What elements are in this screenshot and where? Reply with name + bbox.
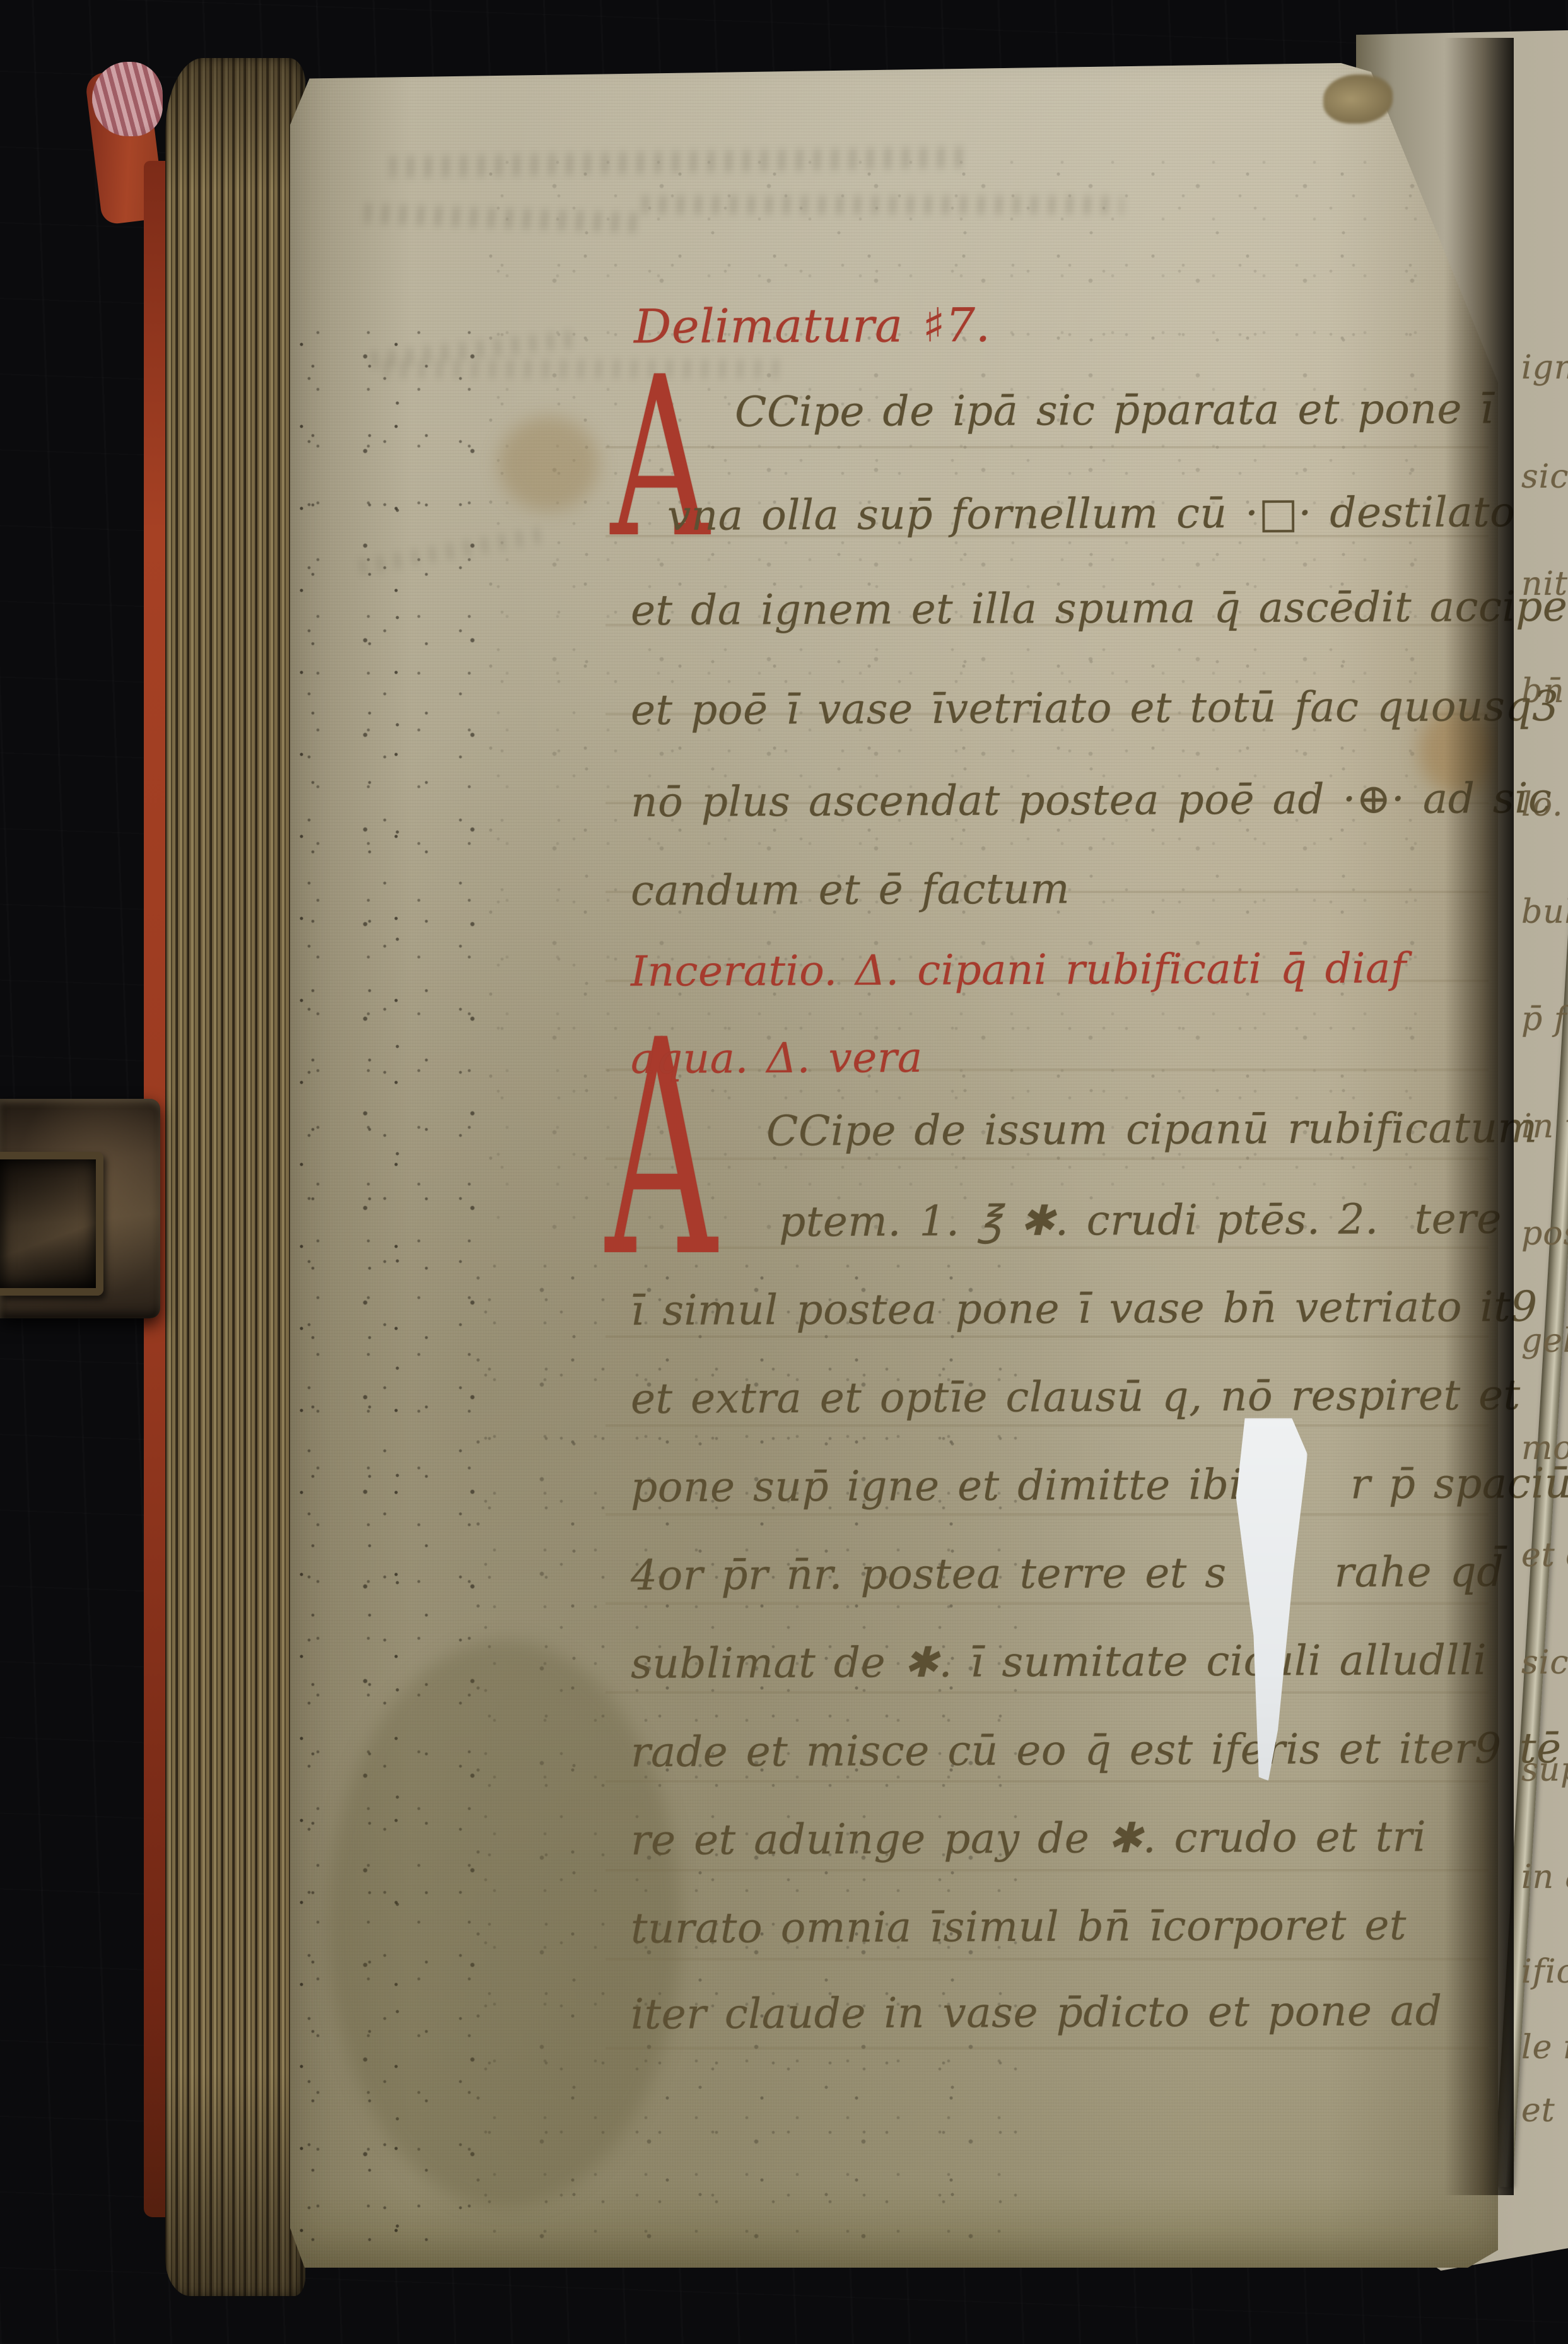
photo-black-backdrop: { "document": { "kind": "medieval manusc…	[0, 0, 1568, 2344]
text-line: et poē ī vase īvetriato et totū fac quou…	[631, 686, 1559, 731]
text-line: iter claude in vase p̄dicto et pone ad	[631, 1990, 1442, 2036]
text-line: nō plus ascendat postea poē ad ·⊕· ad si…	[631, 778, 1552, 823]
facing-text-fragment: et dest	[1521, 1537, 1568, 1574]
text-line: pone sup̄ igne et dimitte ibi r p̄ spaci…	[631, 1463, 1568, 1509]
text-line: CCipe de ipā sic p̄parata et pone ī	[735, 388, 1494, 433]
text-line: ptem. 1. ℥ ✱. crudi ptēs. 2. tere	[779, 1198, 1502, 1243]
facing-text-fragment: sicut f	[1521, 1644, 1568, 1682]
text-line: rade et misce cū eo q̄ est iferis et ite…	[631, 1728, 1562, 1773]
page-edge-stack	[165, 58, 305, 2296]
endband	[92, 62, 163, 136]
clasp-buckle	[0, 1152, 103, 1296]
facing-text-fragment: p̄ filt	[1521, 1000, 1568, 1038]
stain	[498, 416, 599, 511]
text-line: et extra et optīe clausū q, nō respiret …	[631, 1374, 1521, 1420]
facing-text-fragment: buliē	[1521, 893, 1568, 931]
frayed-corner-threads	[1323, 74, 1393, 124]
rubric-line: aqua. Δ. vera	[631, 1037, 923, 1080]
facing-text-fragment: sicat	[1521, 458, 1568, 496]
facing-text-fragment: ificat	[1521, 1953, 1568, 1991]
text-line: CCipe de issum cipanū rubificatum	[766, 1107, 1538, 1152]
faded-ghost-text	[643, 196, 1123, 214]
faded-ghost-text	[385, 360, 788, 378]
text-line: re et aduinge pay de ✱. crudo et tri	[631, 1816, 1427, 1861]
facing-text-fragment: ignē	[1521, 349, 1568, 387]
text-line: candum et ē factum	[631, 868, 1070, 911]
gutter-shadow	[1444, 38, 1514, 2195]
rubric-line: Inceratio. Δ. cipani rubificati q̄ diaf	[631, 947, 1407, 992]
facing-text-fragment: in aliq	[1521, 1858, 1568, 1896]
text-line: et da ignem et illa spuma q̄ ascēdit acc…	[631, 586, 1568, 631]
text-line: turato omnia īsimul bn̄ īcorporet et	[631, 1904, 1407, 1949]
text-line: sublimat de ✱. ī sumitate ciculi alludll…	[631, 1639, 1487, 1685]
text-line: ī simul postea pone ī vase bn̄ vetriato …	[631, 1286, 1538, 1332]
text-line: 4or p̄r n̄r. postea terre et s rahe qd̄	[631, 1551, 1504, 1597]
text-line: vna olla sup̄ fornellum cū ·□· destilato	[667, 491, 1516, 537]
facing-text-fragment: le ip̄r	[1521, 2029, 1568, 2066]
facing-text-fragment: posse	[1521, 1215, 1568, 1253]
facing-text-fragment: et mir	[1521, 2092, 1568, 2130]
